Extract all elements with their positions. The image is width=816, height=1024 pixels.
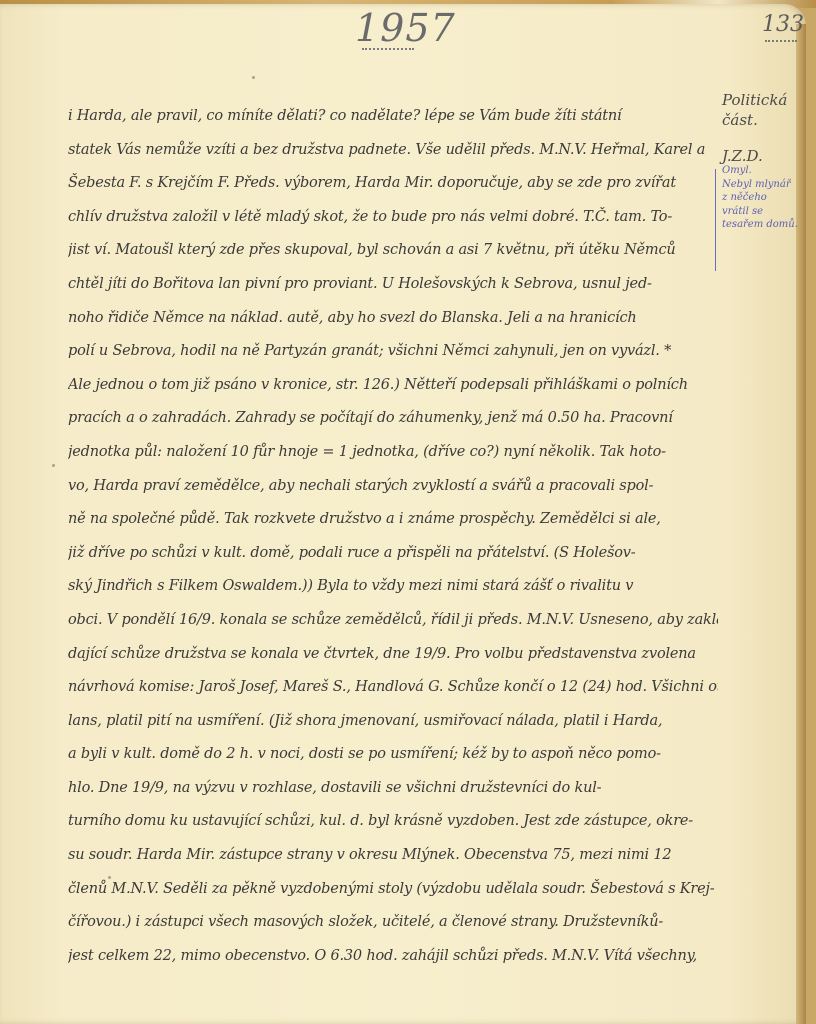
text-line: čířovou.) i zástupci všech masových slož…	[68, 906, 718, 940]
margin-note-political: Politická	[722, 90, 802, 110]
text-line: chtěl jíti do Bořitova lan pivní pro pro…	[68, 268, 718, 302]
text-line: jest celkem 22, mimo obecenstvo. O 6.30 …	[68, 940, 718, 974]
blue-note-line: Nebyl mlynář	[722, 178, 812, 192]
text-line: vo, Harda praví zemědělce, aby nechali s…	[68, 470, 718, 504]
chronicle-page: 1957 133 Politická část. J.Z.D. Omyl. Ne…	[0, 4, 806, 1024]
margin-note-jzd: J.Z.D.	[722, 146, 802, 166]
blue-note-line: vrátil se	[722, 205, 812, 219]
text-line: dající schůze družstva se konala ve čtvr…	[68, 638, 718, 672]
text-line: již dříve po schůzi v kult. domě, podali…	[68, 537, 718, 571]
text-line: chlív družstva založil v létě mladý skot…	[68, 201, 718, 235]
text-line: návrhová komise: Jaroš Josef, Mareš S., …	[68, 671, 718, 705]
text-line: lans, platil pití na usmíření. (Již shor…	[68, 705, 718, 739]
page-number: 133	[762, 12, 804, 37]
text-line: noho řidiče Němce na náklad. autě, aby h…	[68, 302, 718, 336]
paper-speck	[108, 876, 111, 879]
text-line: jednotka půl: naložení 10 fůr hnoje = 1 …	[68, 436, 718, 470]
paper-speck	[252, 76, 255, 79]
text-line: su soudr. Harda Mir. zástupce strany v o…	[68, 839, 718, 873]
text-line: pracích a o zahradách. Zahrady se počíta…	[68, 402, 718, 436]
text-line: ský Jindřich s Filkem Oswaldem.)) Byla t…	[68, 570, 718, 604]
text-line: a byli v kult. domě do 2 h. v noci, dost…	[68, 738, 718, 772]
text-line: i Harda, ale pravil, co míníte dělati? c…	[68, 100, 718, 134]
text-line: jist ví. Matoušl který zde přes skupoval…	[68, 234, 718, 268]
text-line: členů M.N.V. Seděli za pěkně vyzdobenými…	[68, 873, 718, 907]
text-line: obci. V pondělí 16/9. konala se schůze z…	[68, 604, 718, 638]
handwritten-body-text: i Harda, ale pravil, co míníte dělati? c…	[68, 100, 718, 973]
page-number-underline-decoration	[765, 40, 797, 42]
paper-speck	[52, 464, 55, 467]
blue-correction-note: Omyl. Nebyl mlynář z něčeho vrátil se te…	[722, 164, 812, 232]
year-underline-decoration	[362, 46, 414, 50]
margin-note-part: část.	[722, 110, 802, 130]
blue-note-line: Omyl.	[722, 164, 812, 178]
text-line: polí u Sebrova, hodil na ně Partyzán gra…	[68, 335, 718, 369]
right-margin-notes: Politická část. J.Z.D.	[722, 90, 802, 166]
text-line: Ale jednou o tom již psáno v kronice, st…	[68, 369, 718, 403]
page-year-heading: 1957	[355, 6, 456, 50]
blue-note-line: tesařem domů.	[722, 218, 812, 232]
text-line: ně na společné půdě. Tak rozkvete družst…	[68, 503, 718, 537]
blue-note-line: z něčeho	[722, 191, 812, 205]
text-line: Šebesta F. s Krejčím F. Předs. výborem, …	[68, 167, 718, 201]
text-line: turního domu ku ustavující schůzi, kul. …	[68, 805, 718, 839]
text-line: statek Vás nemůže vzíti a bez družstva p…	[68, 134, 718, 168]
text-line: hlo. Dne 19/9, na výzvu v rozhlase, dost…	[68, 772, 718, 806]
